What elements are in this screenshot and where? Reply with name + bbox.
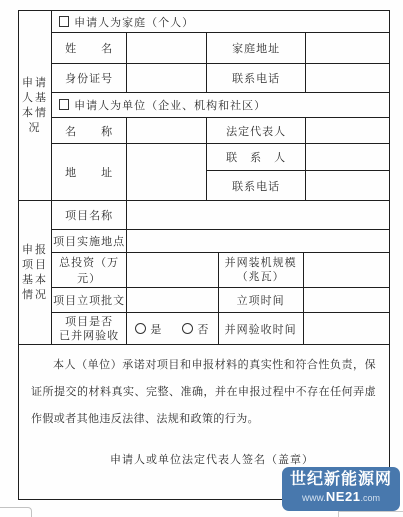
approval-doc-label-cell: 项目立项批文 bbox=[52, 288, 127, 313]
family-address-input-cell bbox=[305, 33, 389, 64]
checkbox-icon bbox=[59, 16, 69, 27]
radio-yes-group: 是 bbox=[135, 324, 162, 336]
project-name-input-cell bbox=[127, 201, 390, 230]
legal-rep-input-cell bbox=[305, 118, 389, 144]
name-input-cell bbox=[127, 33, 207, 64]
watermark-site-name: 世纪新能源网 bbox=[282, 470, 400, 489]
contact-person-label-cell: 联 系 人 bbox=[207, 144, 305, 171]
watermark-url: www.NE21.com bbox=[282, 489, 400, 506]
approval-time-input-cell bbox=[303, 288, 389, 313]
page-artifact-bottom-left bbox=[0, 507, 32, 517]
radio-no-label: 否 bbox=[197, 324, 209, 336]
id-number-input-cell bbox=[127, 64, 207, 93]
acceptance-time-label-cell: 并网验收时间 bbox=[218, 313, 303, 345]
applicant-section: 申请 人基 本情 况 申请人为家庭（个人） 姓 名 家庭地址 身份证号 联系电话… bbox=[18, 10, 390, 201]
signature-label: 申请人或单位法定代表人签名（盖章） bbox=[19, 451, 389, 467]
address-label-cell: 地 址 bbox=[52, 144, 127, 201]
investment-input-cell bbox=[127, 253, 218, 288]
family-option-row: 申请人为家庭（个人） bbox=[52, 11, 390, 33]
unit-name-label-cell: 名 称 bbox=[52, 118, 127, 144]
project-location-input-cell bbox=[127, 230, 390, 253]
name-label-cell: 姓 名 bbox=[52, 33, 127, 64]
phone-label-cell: 联系电话 bbox=[207, 64, 305, 93]
radio-yes-label: 是 bbox=[150, 324, 162, 336]
project-section-side-label: 申报 项目 基本 情况 bbox=[19, 201, 52, 345]
unit-name-input-cell bbox=[127, 118, 207, 144]
acceptance-radio-cell: 是否 bbox=[127, 313, 218, 345]
page-artifact-bottom-right bbox=[338, 511, 403, 517]
approval-doc-input-cell bbox=[127, 288, 218, 313]
watermark-badge: 世纪新能源网 www.NE21.com bbox=[282, 467, 400, 511]
phone-input-cell bbox=[305, 64, 389, 93]
id-number-label-cell: 身份证号 bbox=[52, 64, 127, 93]
legal-rep-label-cell: 法定代表人 bbox=[207, 118, 305, 144]
family-option-label: 申请人为家庭（个人） bbox=[74, 17, 194, 29]
acceptance-time-input-cell bbox=[303, 313, 389, 345]
unit-option-row: 申请人为单位（企业、机构和社区） bbox=[52, 93, 390, 118]
radio-icon bbox=[182, 323, 193, 334]
unit-option-label: 申请人为单位（企业、机构和社区） bbox=[74, 100, 266, 112]
family-address-label-cell: 家庭地址 bbox=[207, 33, 305, 64]
grid-capacity-label-cell: 并网装机规模 （兆瓦） bbox=[218, 253, 303, 288]
applicant-section-side-label: 申请 人基 本情 况 bbox=[19, 11, 52, 201]
application-form-table: 申请 人基 本情 况 申请人为家庭（个人） 姓 名 家庭地址 身份证号 联系电话… bbox=[18, 10, 390, 500]
radio-no-group: 否 bbox=[182, 324, 209, 336]
project-location-label-cell: 项目实施地点 bbox=[52, 230, 127, 253]
declaration-text: 本人（单位）承诺对项目和申报材料的真实性和符合性负责，保证所提交的材料真实、完整… bbox=[19, 345, 389, 433]
scanned-form-page: 申请 人基 本情 况 申请人为家庭（个人） 姓 名 家庭地址 身份证号 联系电话… bbox=[0, 0, 403, 517]
address-input-cell bbox=[127, 144, 207, 201]
investment-label-cell: 总投资（万元） bbox=[52, 253, 127, 288]
watermark-url-tld: .com bbox=[360, 493, 380, 503]
radio-icon bbox=[135, 323, 146, 334]
checkbox-icon bbox=[59, 99, 69, 110]
project-section: 申报 项目 基本 情况 项目名称 项目实施地点 总投资（万元） 并网装机规模 （… bbox=[18, 200, 390, 345]
contact-phone-label-cell: 联系电话 bbox=[207, 171, 305, 201]
watermark-url-name: NE21 bbox=[326, 489, 361, 504]
acceptance-status-label-cell: 项目是否 已并网验收 bbox=[52, 313, 127, 345]
contact-person-input-cell bbox=[305, 144, 389, 171]
contact-phone-input-cell bbox=[305, 171, 389, 201]
watermark-url-www: www. bbox=[302, 493, 326, 504]
approval-time-label-cell: 立项时间 bbox=[218, 288, 303, 313]
grid-capacity-input-cell bbox=[303, 253, 389, 288]
project-name-label-cell: 项目名称 bbox=[52, 201, 127, 230]
